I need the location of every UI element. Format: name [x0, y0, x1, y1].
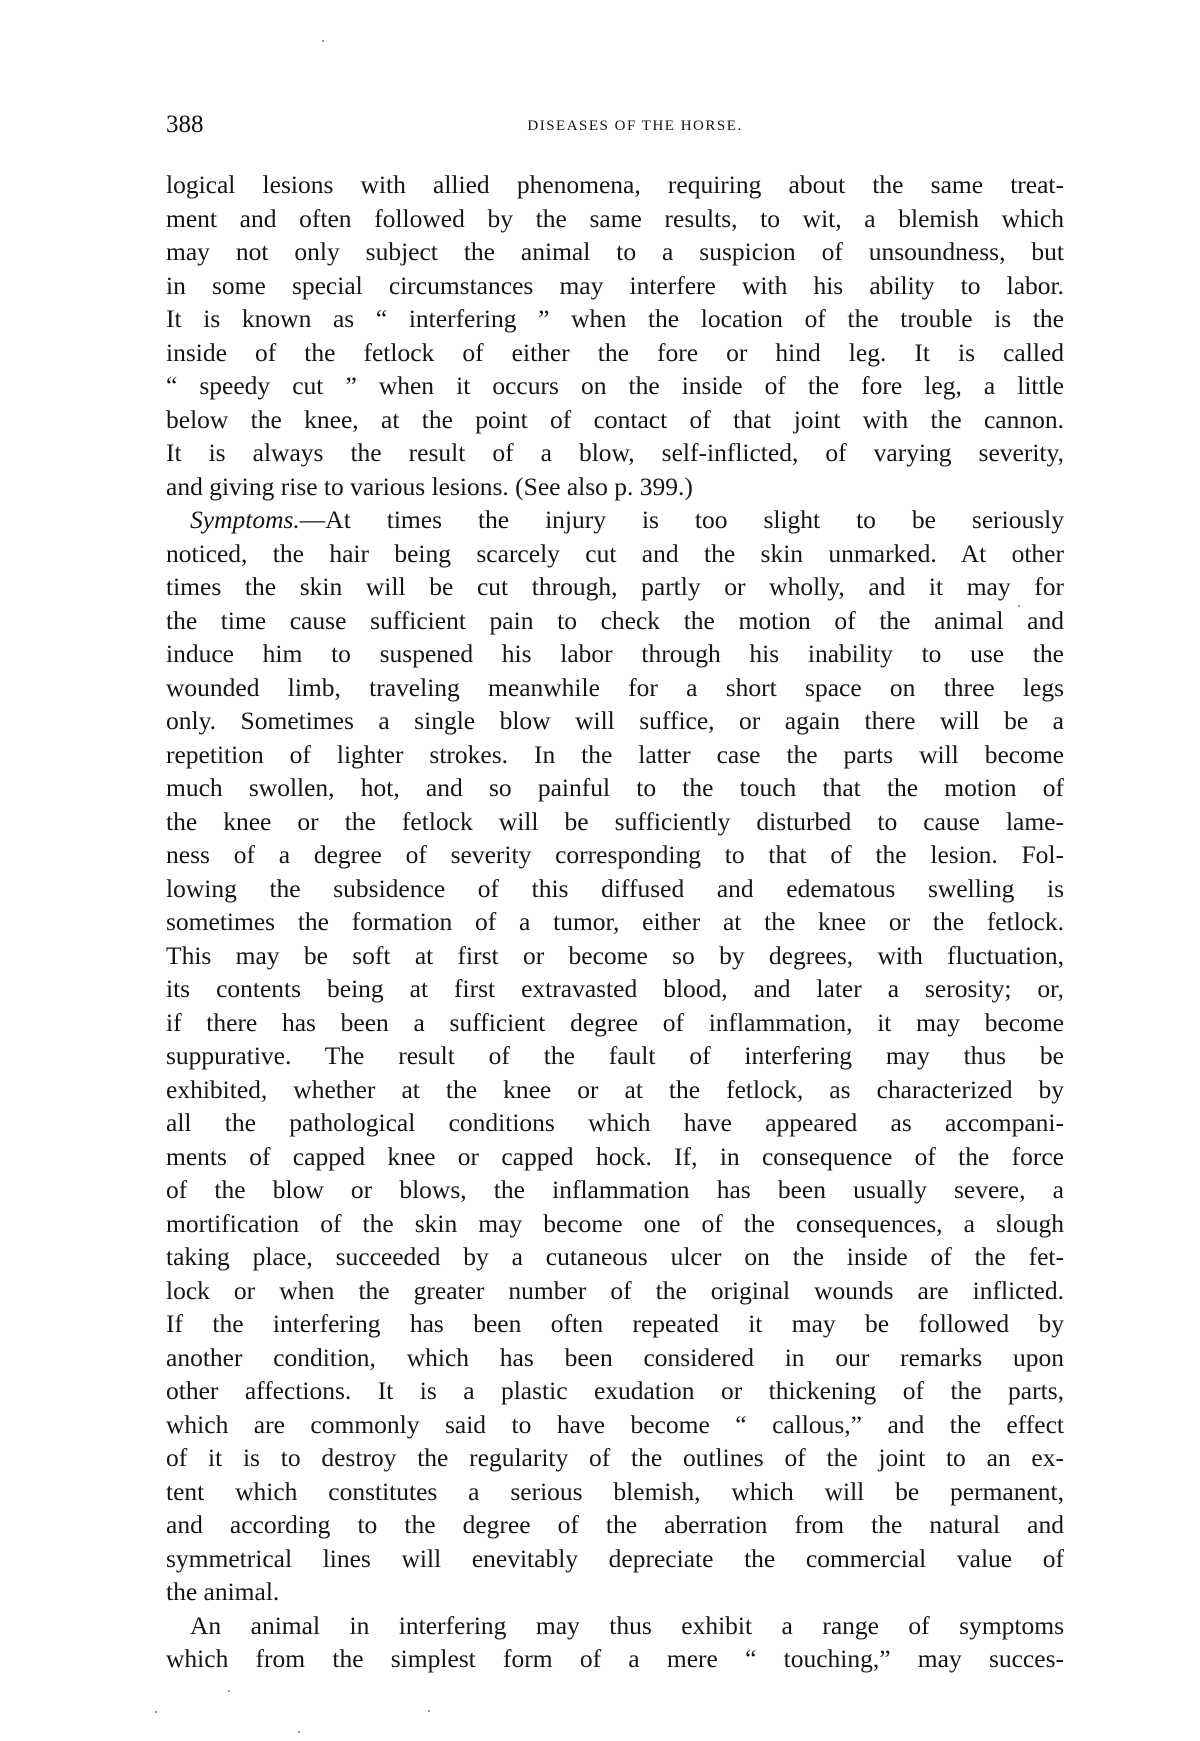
- scan-speck: [322, 40, 324, 42]
- text-line: An animal in interfering may thus exhibi…: [166, 1609, 1064, 1643]
- scan-speck: [1018, 605, 1020, 607]
- text-line: wounded limb, traveling meanwhile for a …: [166, 671, 1064, 705]
- running-title: DISEASES OF THE HORSE.: [166, 112, 1064, 140]
- text-line: and giving rise to various lesions. (See…: [166, 470, 1064, 504]
- text-line: It is known as “ interfering ” when the …: [166, 302, 1064, 336]
- text-line: and according to the degree of the aberr…: [166, 1508, 1064, 1542]
- text-line: noticed, the hair being scarcely cut and…: [166, 537, 1064, 571]
- text-line: This may be soft at first or become so b…: [166, 939, 1064, 973]
- text-line: symmetrical lines will enevitably deprec…: [166, 1542, 1064, 1576]
- scan-speck: [298, 1731, 300, 1733]
- text-line: the animal.: [166, 1575, 1064, 1609]
- text-line: induce him to suspened his labor through…: [166, 637, 1064, 671]
- page-header: 388 DISEASES OF THE HORSE.: [166, 110, 1064, 140]
- text-line: in some special circumstances may interf…: [166, 269, 1064, 303]
- text-line: of it is to destroy the regularity of th…: [166, 1441, 1064, 1475]
- text-line: the time cause sufficient pain to check …: [166, 604, 1064, 638]
- body-text: logical lesions with allied phenomena, r…: [166, 168, 1064, 1676]
- text-line: all the pathological conditions which ha…: [166, 1106, 1064, 1140]
- book-page: 388 DISEASES OF THE HORSE. logical lesio…: [0, 0, 1200, 1741]
- text-line: the knee or the fetlock will be sufficie…: [166, 805, 1064, 839]
- paragraph-range-of-symptoms: An animal in interfering may thus exhibi…: [166, 1609, 1064, 1676]
- text-line: lowing the subsidence of this diffused a…: [166, 872, 1064, 906]
- text-line: repetition of lighter strokes. In the la…: [166, 738, 1064, 772]
- scan-speck: [155, 1711, 157, 1713]
- text-line: If the interfering has been often repeat…: [166, 1307, 1064, 1341]
- text-line: times the skin will be cut through, part…: [166, 570, 1064, 604]
- paragraph-continuation: logical lesions with allied phenomena, r…: [166, 168, 1064, 503]
- text-line: “ speedy cut ” when it occurs on the ins…: [166, 369, 1064, 403]
- text-line: ness of a degree of severity correspondi…: [166, 838, 1064, 872]
- text-line: which are commonly said to have become “…: [166, 1408, 1064, 1442]
- text-line: may not only subject the animal to a sus…: [166, 235, 1064, 269]
- text-line: below the knee, at the point of contact …: [166, 403, 1064, 437]
- text-line-rest: —At times the injury is too slight to be…: [300, 505, 1064, 534]
- text-line: another condition, which has been consid…: [166, 1341, 1064, 1375]
- text-line: its contents being at first extravasted …: [166, 972, 1064, 1006]
- text-line: only. Sometimes a single blow will suffi…: [166, 704, 1064, 738]
- scan-speck: [228, 1690, 230, 1692]
- text-line: mortification of the skin may become one…: [166, 1207, 1064, 1241]
- text-line: other affections. It is a plastic exudat…: [166, 1374, 1064, 1408]
- text-line: sometimes the formation of a tumor, eith…: [166, 905, 1064, 939]
- text-line: exhibited, whether at the knee or at the…: [166, 1073, 1064, 1107]
- text-line: taking place, succeeded by a cutaneous u…: [166, 1240, 1064, 1274]
- text-line: much swollen, hot, and so painful to the…: [166, 771, 1064, 805]
- text-line: Symptoms.—At times the injury is too sli…: [166, 503, 1064, 537]
- text-line: tent which constitutes a serious blemish…: [166, 1475, 1064, 1509]
- scan-speck: [428, 1710, 430, 1712]
- text-line: which from the simplest form of a mere “…: [166, 1642, 1064, 1676]
- text-line: ments of capped knee or capped hock. If,…: [166, 1140, 1064, 1174]
- paragraph-symptoms: Symptoms.—At times the injury is too sli…: [166, 503, 1064, 1609]
- text-line: of the blow or blows, the inflammation h…: [166, 1173, 1064, 1207]
- text-line: logical lesions with allied phenomena, r…: [166, 168, 1064, 202]
- section-heading-symptoms: Symptoms.: [190, 505, 300, 534]
- text-line: if there has been a sufficient degree of…: [166, 1006, 1064, 1040]
- text-line: lock or when the greater number of the o…: [166, 1274, 1064, 1308]
- text-line: ment and often followed by the same resu…: [166, 202, 1064, 236]
- text-line: It is always the result of a blow, self-…: [166, 436, 1064, 470]
- text-line: suppurative. The result of the fault of …: [166, 1039, 1064, 1073]
- text-line: inside of the fetlock of either the fore…: [166, 336, 1064, 370]
